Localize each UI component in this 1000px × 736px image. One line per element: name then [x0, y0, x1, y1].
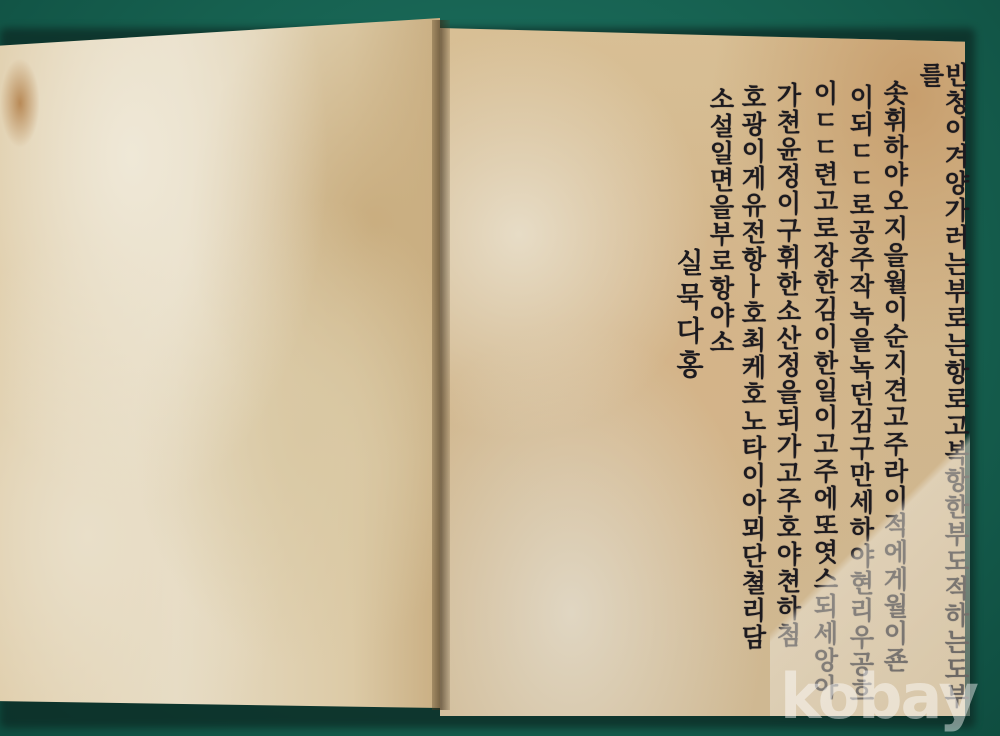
- book-spine-gutter: [432, 20, 450, 710]
- manuscript-signature: 실묵다홍: [668, 248, 708, 384]
- manuscript-column-1: 빈청이겨양가러는부로는항로고복항한부도적하는도부를: [918, 62, 968, 736]
- watermark-logo: kobay: [780, 660, 977, 733]
- manuscript-column-5: 가쳔윤정이구휘한소산정을되가고주호야쳔하첨: [775, 82, 800, 649]
- manuscript-column-7: 소설일면을부로항야소: [708, 86, 733, 356]
- left-blank-page: [0, 18, 440, 708]
- manuscript-column-2: 솟휘하야오지을월이순지견고주라이적에게월이죤: [882, 80, 907, 674]
- manuscript-column-3: 이되ㄷㄷ로공주작녹을녹던김구만세하야현리우공흐: [848, 84, 873, 705]
- manuscript-column-6: 호광이게유전항ㅏ호최케호노타이아뫼단쳘리담: [740, 84, 765, 651]
- manuscript-column-4: 이ㄷㄷ련고로장한김이한일이고주에또엿스되세앙아: [812, 80, 837, 701]
